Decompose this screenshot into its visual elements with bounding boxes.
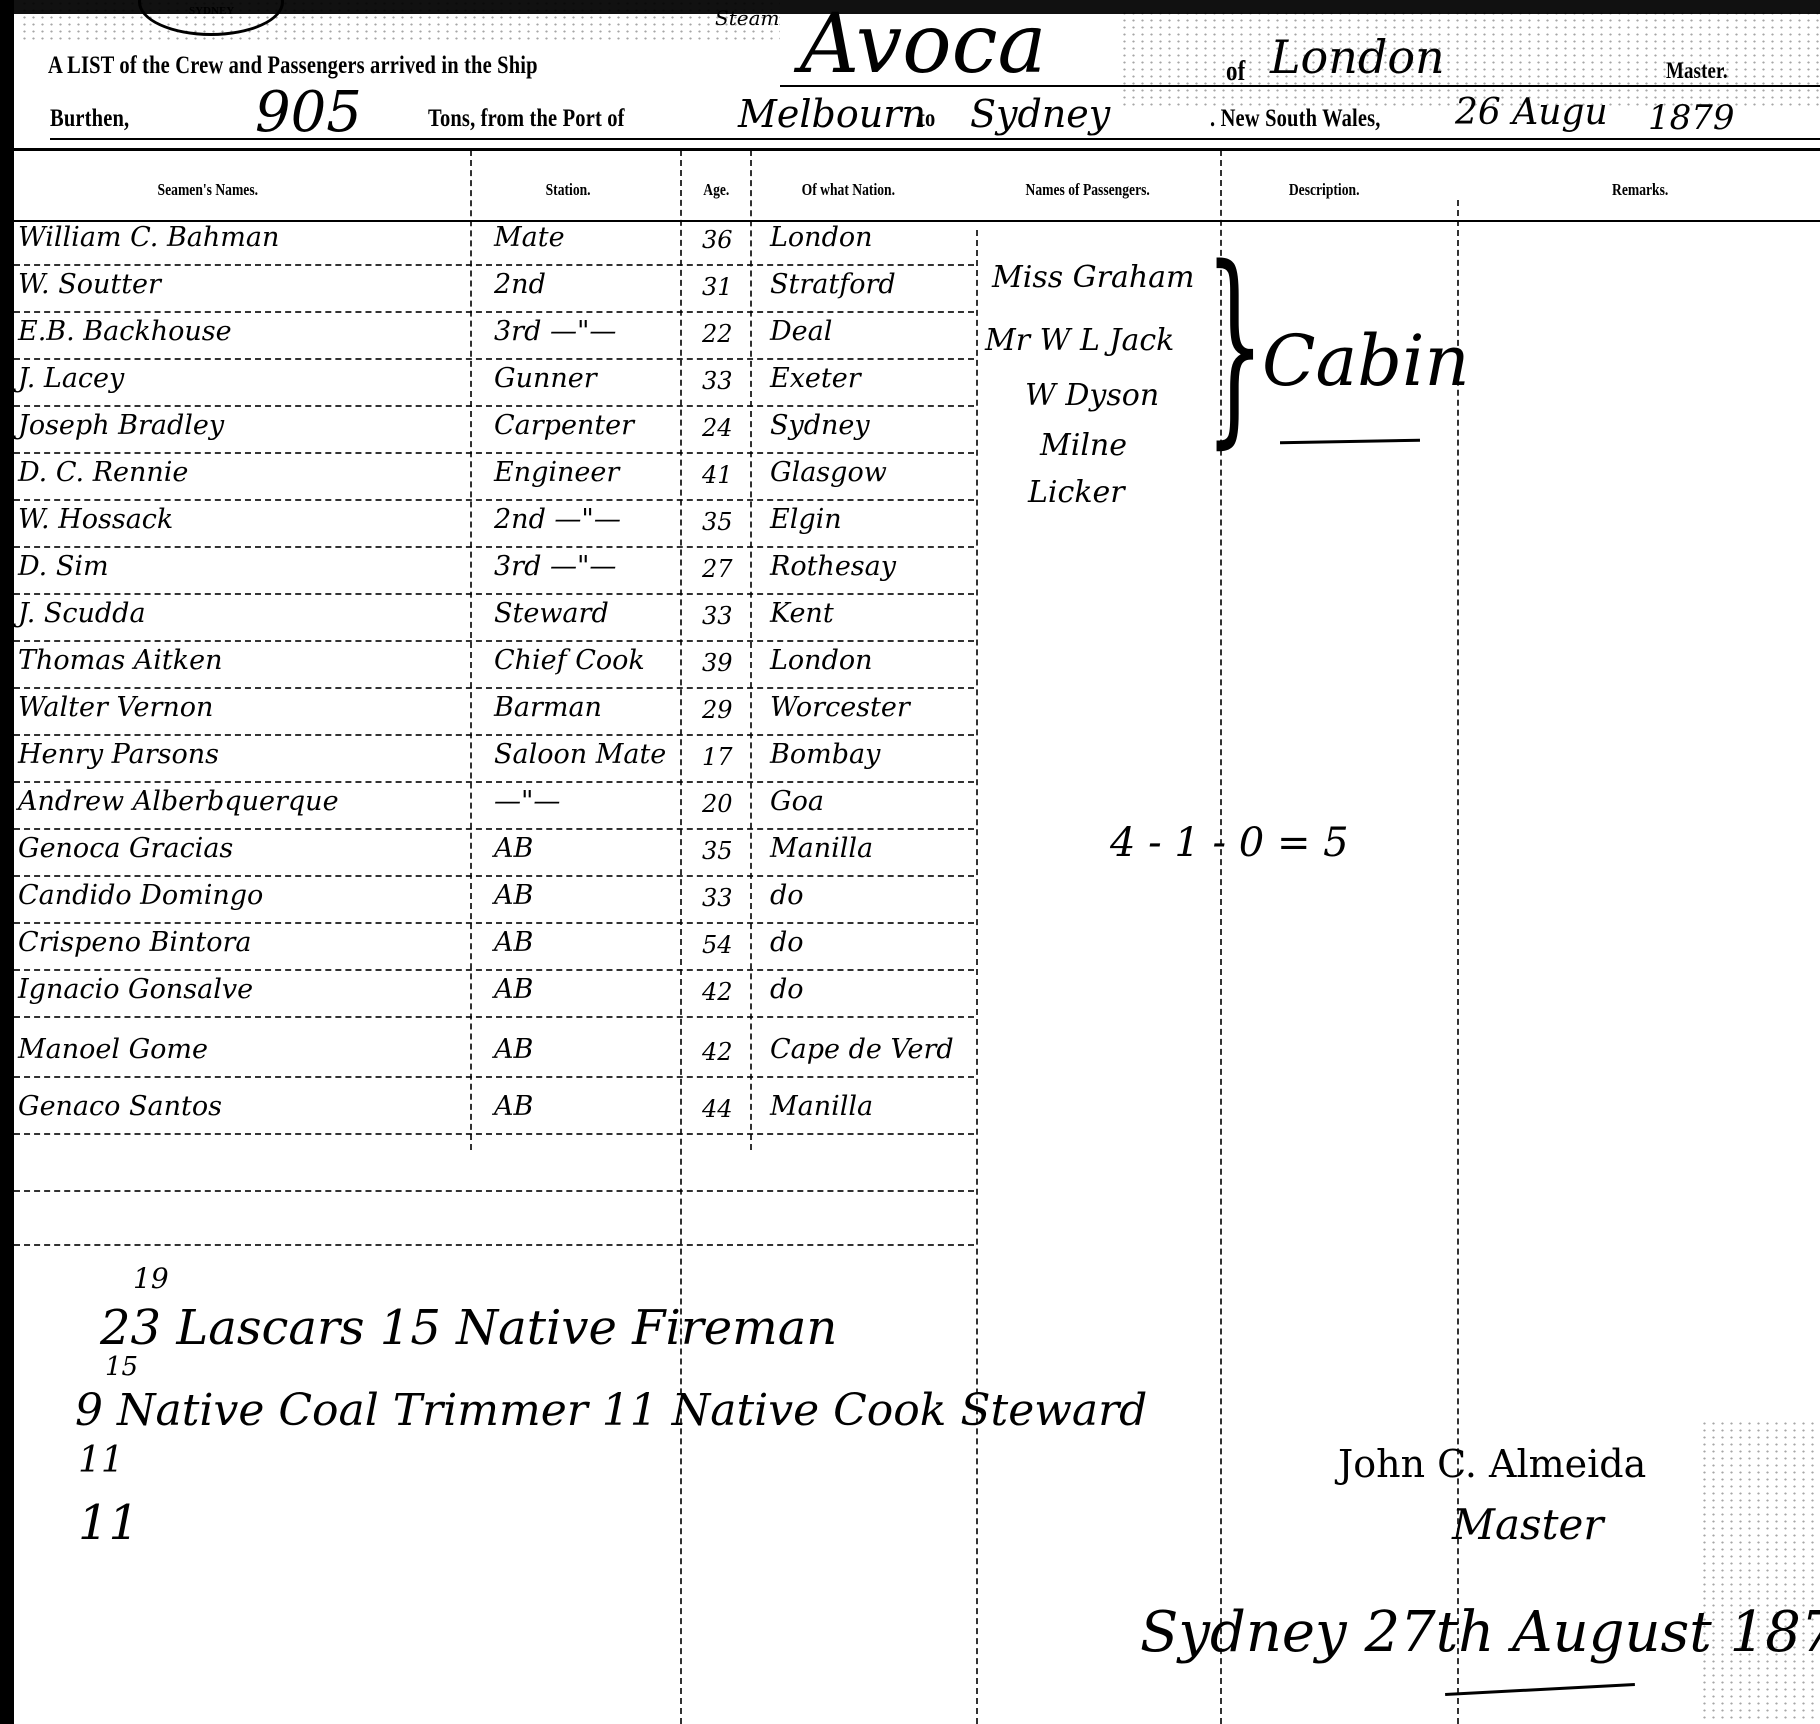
seaman-age: 39: [702, 649, 733, 677]
seaman-station: AB: [494, 927, 533, 958]
arrival-date: 26 Augu: [1455, 92, 1608, 133]
seaman-station: 2nd —"—: [494, 504, 621, 535]
of-label: of: [1226, 56, 1245, 88]
scan-noise: [1700, 1420, 1820, 1720]
passenger-group-brace-icon: }: [1205, 240, 1265, 450]
seaman-age: 42: [702, 978, 733, 1006]
note-correction: 15: [105, 1352, 138, 1382]
seaman-age: 44: [702, 1095, 733, 1123]
cabin-underline: [1280, 439, 1420, 444]
seaman-age: 36: [702, 226, 733, 254]
crew-row: Candido DomingoAB33do: [14, 876, 974, 923]
seaman-age: 33: [702, 367, 733, 395]
description-tally: 4 - 1 - 0 = 5: [1110, 820, 1349, 866]
seaman-nation: Deal: [770, 316, 832, 347]
seaman-name: Joseph Bradley: [18, 410, 224, 441]
col-station: Station.: [546, 180, 591, 200]
col-age: Age.: [703, 180, 729, 200]
seaman-nation: Goa: [770, 786, 824, 817]
seaman-age: 35: [702, 508, 733, 536]
passenger-name: Miss Graham: [992, 260, 1195, 295]
seaman-nation: London: [770, 222, 873, 253]
seaman-name: Andrew Alberbquerque: [18, 786, 339, 817]
seaman-station: 3rd —"—: [494, 551, 616, 582]
seaman-nation: do: [770, 974, 804, 1005]
master-title: Master: [1452, 1500, 1603, 1549]
seaman-nation: Glasgow: [770, 457, 887, 488]
seaman-station: Mate: [494, 222, 565, 253]
seaman-nation: Bombay: [770, 739, 880, 770]
ship-name: Avoca: [800, 0, 1046, 90]
seaman-name: E.B. Backhouse: [18, 316, 232, 347]
header-rule: [14, 148, 1820, 151]
divider-remarks: [1457, 200, 1459, 1724]
crew-row: D. C. RennieEngineer41Glasgow: [14, 453, 974, 500]
crew-row: D. Sim3rd —"—27Rothesay: [14, 547, 974, 594]
crew-row: Genaco SantosAB44Manilla: [14, 1087, 974, 1134]
seaman-name: Manoel Gome: [18, 1034, 208, 1065]
passenger-name: W Dyson: [1025, 378, 1159, 413]
seaman-name: J. Lacey: [18, 363, 124, 394]
seaman-age: 54: [702, 931, 733, 959]
seaman-name: Walter Vernon: [18, 692, 213, 723]
seaman-nation: Kent: [770, 598, 834, 629]
seaman-station: Steward: [494, 598, 609, 629]
seaman-station: AB: [494, 1034, 533, 1065]
blank-row-rule: [14, 1190, 974, 1192]
seaman-name: W. Soutter: [18, 269, 161, 300]
passenger-name: Mr W L Jack: [985, 323, 1174, 358]
from-port: Melbourn: [738, 92, 926, 136]
crew-row: Thomas AitkenChief Cook39London: [14, 641, 974, 688]
crew-row: Andrew Alberbquerque—"—20Goa: [14, 782, 974, 829]
description-cabin: Cabin: [1262, 320, 1470, 402]
seaman-station: Barman: [494, 692, 602, 723]
nsw-label: . New South Wales,: [1210, 105, 1381, 133]
crew-row: Walter VernonBarman29Worcester: [14, 688, 974, 735]
crew-row: Genoca GraciasAB35Manilla: [14, 829, 974, 876]
passenger-name: Licker: [1028, 475, 1125, 510]
seaman-station: 2nd: [494, 269, 546, 300]
seaman-nation: Manilla: [770, 1091, 873, 1122]
scan-left-edge: [0, 0, 14, 1724]
seaman-name: J. Scudda: [18, 598, 146, 629]
seaman-name: W. Hossack: [18, 504, 173, 535]
seaman-nation: Sydney: [770, 410, 870, 441]
col-remarks: Remarks.: [1612, 180, 1668, 200]
burthen-label: Burthen,: [50, 105, 129, 133]
seaman-name: D. Sim: [18, 551, 109, 582]
seaman-nation: Exeter: [770, 363, 861, 394]
crew-row: J. ScuddaSteward33Kent: [14, 594, 974, 641]
crew-row: W. Soutter2nd31Stratford: [14, 265, 974, 312]
crew-row: Henry ParsonsSaloon Mate17Bombay: [14, 735, 974, 782]
scan-noise: [20, 0, 780, 40]
to-port: Sydney: [970, 92, 1110, 136]
crew-row: Manoel GomeAB42Cape de Verd: [14, 1030, 974, 1077]
seaman-station: Gunner: [494, 363, 597, 394]
seaman-name: Thomas Aitken: [18, 645, 223, 676]
seaman-nation: do: [770, 927, 804, 958]
seaman-station: Saloon Mate: [494, 739, 666, 770]
crew-row: Joseph BradleyCarpenter24Sydney: [14, 406, 974, 453]
seaman-name: D. C. Rennie: [18, 457, 188, 488]
passenger-name: Milne: [1040, 428, 1127, 463]
seaman-age: 22: [702, 320, 733, 348]
seaman-name: Candido Domingo: [18, 880, 263, 911]
to-label: to: [918, 105, 935, 133]
seaman-nation: Manilla: [770, 833, 873, 864]
seaman-age: 27: [702, 555, 733, 583]
seaman-name: William C. Bahman: [18, 222, 279, 253]
seaman-name: Henry Parsons: [18, 739, 219, 770]
seaman-name: Crispeno Bintora: [18, 927, 252, 958]
signature-place-date: Sydney 27th August 1879: [1140, 1600, 1820, 1665]
seaman-nation: Worcester: [770, 692, 910, 723]
col-passengers: Names of Passengers.: [1026, 180, 1150, 200]
col-nation: Of what Nation.: [802, 180, 895, 200]
seaman-station: AB: [494, 880, 533, 911]
seaman-age: 31: [702, 273, 733, 301]
seaman-name: Genaco Santos: [18, 1091, 222, 1122]
note-line: 23 Lascars 15 Native Fireman: [100, 1300, 837, 1356]
seaman-age: 20: [702, 790, 733, 818]
seaman-age: 33: [702, 602, 733, 630]
blank-row-rule: [14, 1244, 974, 1246]
burthen-value: 905: [255, 80, 362, 145]
seaman-age: 42: [702, 1038, 733, 1066]
note-line: 11: [78, 1495, 139, 1551]
burthen-rule: [50, 138, 1820, 140]
seaman-age: 33: [702, 884, 733, 912]
title-rule: [780, 85, 1820, 87]
divider-passengers: [976, 230, 978, 1724]
crew-row: J. LaceyGunner33Exeter: [14, 359, 974, 406]
col-description: Description.: [1289, 180, 1360, 200]
crew-row: E.B. Backhouse3rd —"—22Deal: [14, 312, 974, 359]
seaman-age: 24: [702, 414, 733, 442]
seaman-name: Ignacio Gonsalve: [18, 974, 253, 1005]
seaman-age: 17: [702, 743, 733, 771]
note-line: 11: [78, 1440, 124, 1481]
seaman-age: 29: [702, 696, 733, 724]
crew-row: Ignacio GonsalveAB42do: [14, 970, 974, 1017]
form-title: A LIST of the Crew and Passengers arrive…: [48, 52, 538, 80]
seaman-station: 3rd —"—: [494, 316, 616, 347]
seaman-station: Chief Cook: [494, 645, 645, 676]
seaman-nation: do: [770, 880, 804, 911]
seaman-station: Engineer: [494, 457, 619, 488]
master-label: Master.: [1666, 58, 1728, 84]
arrival-year: 1879: [1648, 98, 1735, 138]
seaman-station: AB: [494, 833, 533, 864]
col-seamen-names: Seamen's Names.: [158, 180, 258, 200]
seaman-nation: Elgin: [770, 504, 842, 535]
crew-row: W. Hossack2nd —"—35Elgin: [14, 500, 974, 547]
tons-from-label: Tons, from the Port of: [428, 105, 625, 133]
seaman-nation: Rothesay: [770, 551, 896, 582]
seaman-age: 41: [702, 461, 733, 489]
seaman-station: —"—: [494, 786, 560, 817]
master-signature: John C. Almeida: [1338, 1442, 1646, 1486]
crew-row: William C. BahmanMate36London: [14, 218, 974, 265]
ship-prefix: Steam: [715, 6, 779, 30]
home-port: London: [1270, 30, 1445, 84]
seaman-nation: Cape de Verd: [770, 1034, 954, 1065]
seaman-station: Carpenter: [494, 410, 634, 441]
seaman-name: Genoca Gracias: [18, 833, 233, 864]
date-underline: [1445, 1683, 1635, 1696]
note-line: 9 Native Coal Trimmer 11 Native Cook Ste…: [75, 1385, 1147, 1436]
crew-row: Crispeno BintoraAB54do: [14, 923, 974, 970]
note-correction: 19: [133, 1262, 169, 1295]
seaman-station: AB: [494, 974, 533, 1005]
seaman-nation: London: [770, 645, 873, 676]
seaman-age: 35: [702, 837, 733, 865]
seaman-nation: Stratford: [770, 269, 896, 300]
seaman-station: AB: [494, 1091, 533, 1122]
